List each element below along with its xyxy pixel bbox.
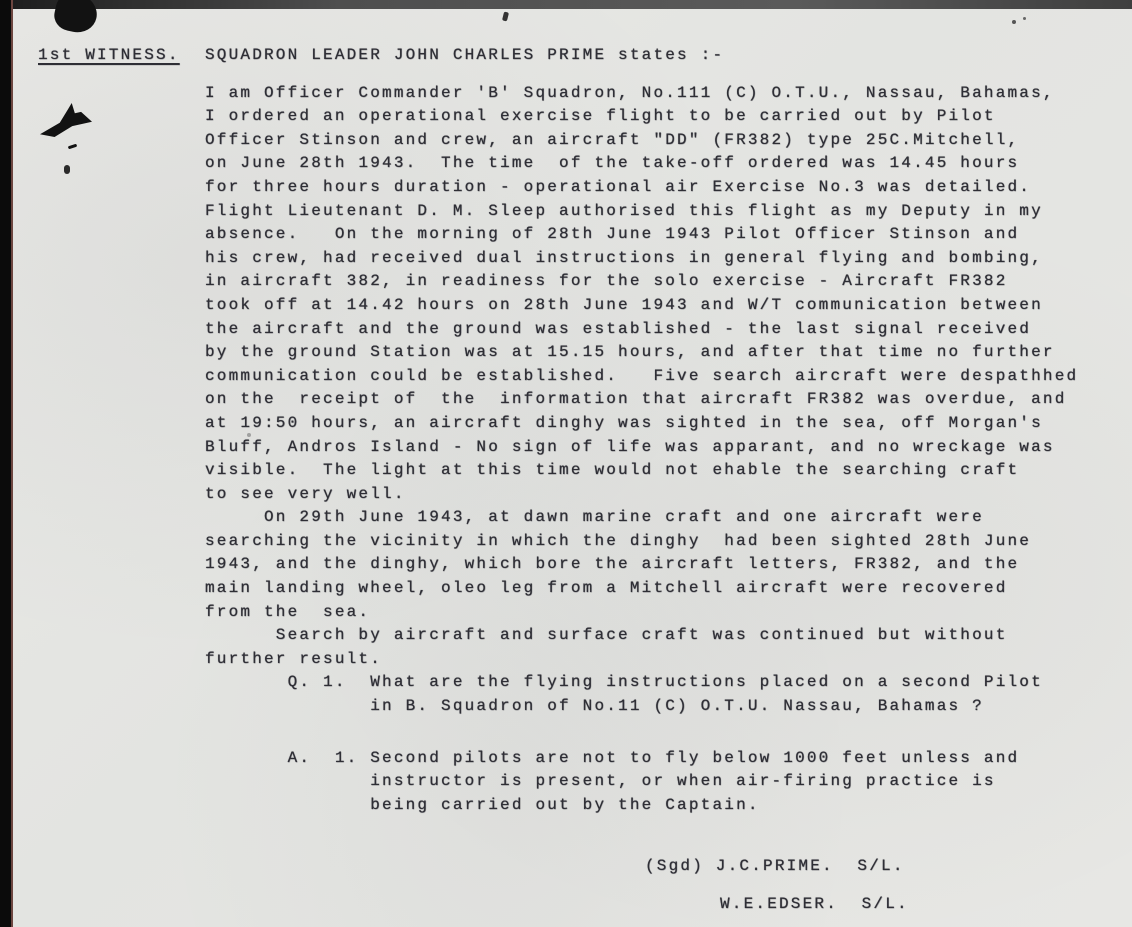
statement-paragraph-3: Search by aircraft and surface craft was… xyxy=(205,624,1122,671)
text-line: from the sea. xyxy=(205,601,1122,625)
scan-top-edge xyxy=(0,0,1132,9)
statement-paragraph-1: I am Officer Commander 'B' Squadron, No.… xyxy=(205,82,1122,507)
signature-line-prime: (Sgd) J.C.PRIME. S/L. xyxy=(645,855,1122,879)
text-line: on the receipt of the information that a… xyxy=(205,388,1122,412)
question-block: Q. 1. What are the flying instructions p… xyxy=(205,671,1122,718)
text-line: took off at 14.42 hours on 28th June 194… xyxy=(205,294,1122,318)
text-line: at 19:50 hours, an aircraft dinghy was s… xyxy=(205,412,1122,436)
witness-header: 1st WITNESS. SQUADRON LEADER JOHN CHARLE… xyxy=(38,44,1122,68)
text-line: searching the vicinity in which the ding… xyxy=(205,530,1122,554)
text-line: for three hours duration - operational a… xyxy=(205,176,1122,200)
text-line: being carried out by the Captain. xyxy=(205,794,1122,818)
text-line: Flight Lieutenant D. M. Sleep authorised… xyxy=(205,200,1122,224)
text-line: communication could be established. Five… xyxy=(205,365,1122,389)
text-line: On 29th June 1943, at dawn marine craft … xyxy=(205,506,1122,530)
ink-speck xyxy=(1012,20,1016,24)
text-line: main landing wheel, oleo leg from a Mitc… xyxy=(205,577,1122,601)
document-content: 1st WITNESS. SQUADRON LEADER JOHN CHARLE… xyxy=(38,44,1122,917)
text-line: instructor is present, or when air-firin… xyxy=(205,770,1122,794)
text-line: 1943, and the dinghy, which bore the air… xyxy=(205,553,1122,577)
scan-left-edge xyxy=(0,0,13,927)
text-line: by the ground Station was at 15.15 hours… xyxy=(205,341,1122,365)
text-line: on June 28th 1943. The time of the take-… xyxy=(205,152,1122,176)
ink-speck xyxy=(1023,17,1026,20)
answer-block: A. 1. Second pilots are not to fly below… xyxy=(205,747,1122,818)
witness-label: 1st WITNESS. xyxy=(38,44,205,68)
witness-title: SQUADRON LEADER JOHN CHARLES PRIME state… xyxy=(205,44,724,68)
statement-body: I am Officer Commander 'B' Squadron, No.… xyxy=(205,82,1122,917)
ink-speck xyxy=(502,12,509,22)
statement-paragraph-2: On 29th June 1943, at dawn marine craft … xyxy=(205,506,1122,624)
text-line: visible. The light at this time would no… xyxy=(205,459,1122,483)
text-line: to see very well. xyxy=(205,483,1122,507)
line-spacer xyxy=(205,719,1122,747)
line-spacer xyxy=(205,817,1122,855)
text-line: A. 1. Second pilots are not to fly below… xyxy=(205,747,1122,771)
text-line: further result. xyxy=(205,648,1122,672)
text-line: Officer Stinson and crew, an aircraft "D… xyxy=(205,129,1122,153)
text-line: I ordered an operational exercise flight… xyxy=(205,105,1122,129)
text-line: his crew, had received dual instructions… xyxy=(205,247,1122,271)
text-line: Q. 1. What are the flying instructions p… xyxy=(205,671,1122,695)
text-line: Search by aircraft and surface craft was… xyxy=(205,624,1122,648)
signature-line-edser: W.E.EDSER. S/L. xyxy=(720,893,1122,917)
text-line: in aircraft 382, in readiness for the so… xyxy=(205,270,1122,294)
text-line: the aircraft and the ground was establis… xyxy=(205,318,1122,342)
text-line: Bluff, Andros Island - No sign of life w… xyxy=(205,436,1122,460)
text-line: in B. Squadron of No.11 (C) O.T.U. Nassa… xyxy=(205,695,1122,719)
line-spacer xyxy=(205,879,1122,893)
document-page: 1st WITNESS. SQUADRON LEADER JOHN CHARLE… xyxy=(0,0,1132,927)
text-line: absence. On the morning of 28th June 194… xyxy=(205,223,1122,247)
text-line: I am Officer Commander 'B' Squadron, No.… xyxy=(205,82,1122,106)
